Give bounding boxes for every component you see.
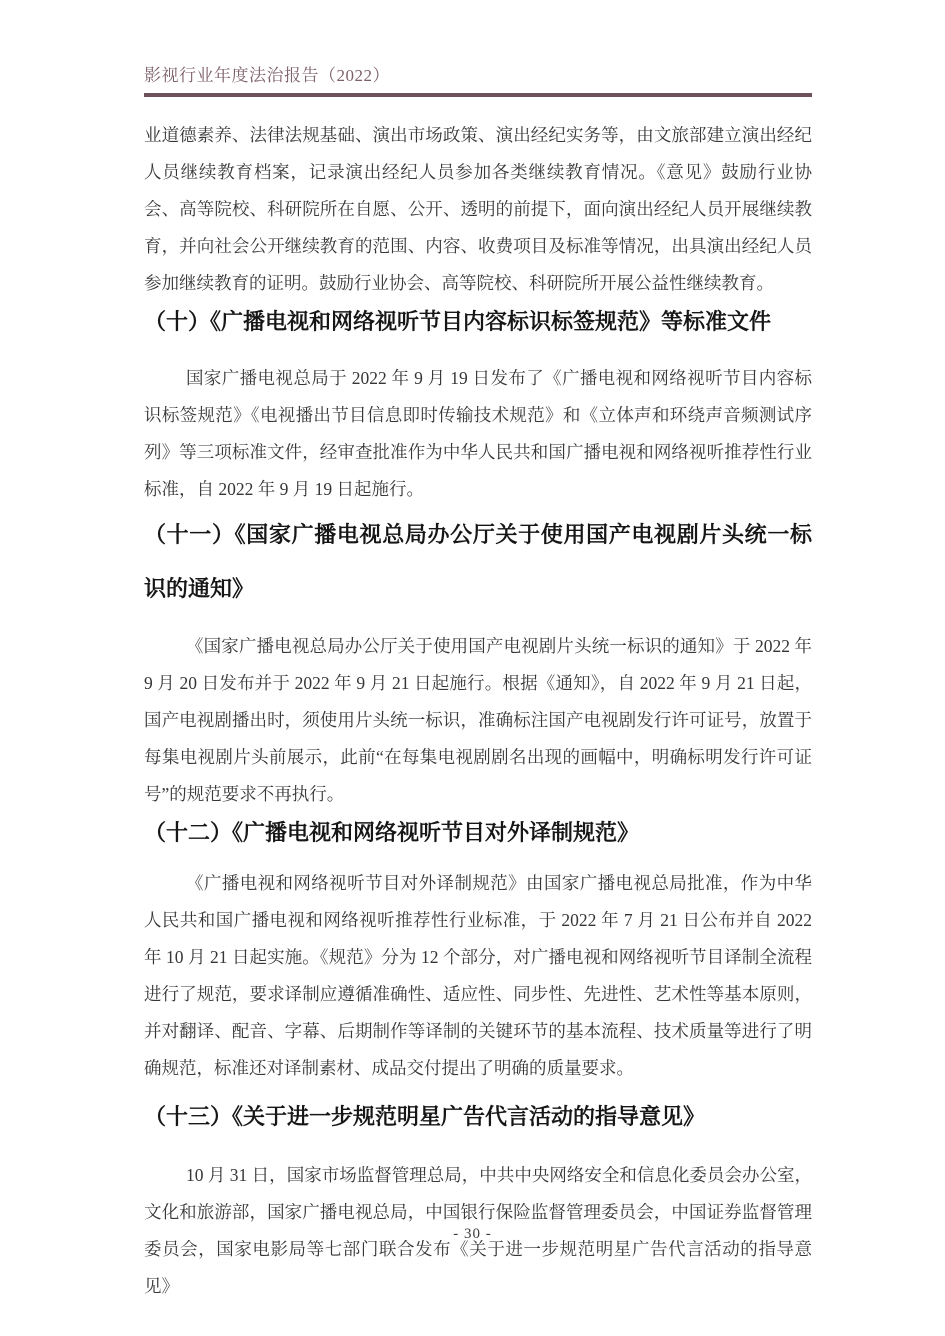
document-page: 影视行业年度法治报告（2022） 业道德素养、法律法规基础、演出市场政策、演出经… [0,0,945,1336]
page-footer: - 30 - [0,1225,945,1243]
section-heading-13: （十三）《关于进一步规范明星广告代言活动的指导意见》 [144,1097,812,1137]
section-heading-12: （十二）《广播电视和网络视听节目对外译制规范》 [144,813,812,853]
paragraph: 国家广播电视总局于 2022 年 9 月 19 日发布了《广播电视和网络视听节目… [144,360,812,508]
document-body: 业道德素养、法律法规基础、演出市场政策、演出经纪实务等，由文旅部建立演出经纪人员… [144,117,812,1305]
section-heading-10: （十）《广播电视和网络视听节目内容标识标签规范》等标准文件 [144,302,812,342]
paragraph: 《广播电视和网络视听节目对外译制规范》由国家广播电视总局批准，作为中华人民共和国… [144,865,812,1087]
section-heading-11: （十一）《国家广播电视总局办公厅关于使用国产电视剧片头统一标识的通知》 [144,508,812,616]
running-header-title: 影视行业年度法治报告（2022） [144,64,812,88]
page-number: - 30 - [453,1226,492,1242]
paragraph-continued: 业道德素养、法律法规基础、演出市场政策、演出经纪实务等，由文旅部建立演出经纪人员… [144,117,812,302]
paragraph: 《国家广播电视总局办公厅关于使用国产电视剧片头统一标识的通知》于 2022 年 … [144,628,812,813]
header-rule [144,93,812,97]
page-header: 影视行业年度法治报告（2022） [144,0,812,97]
